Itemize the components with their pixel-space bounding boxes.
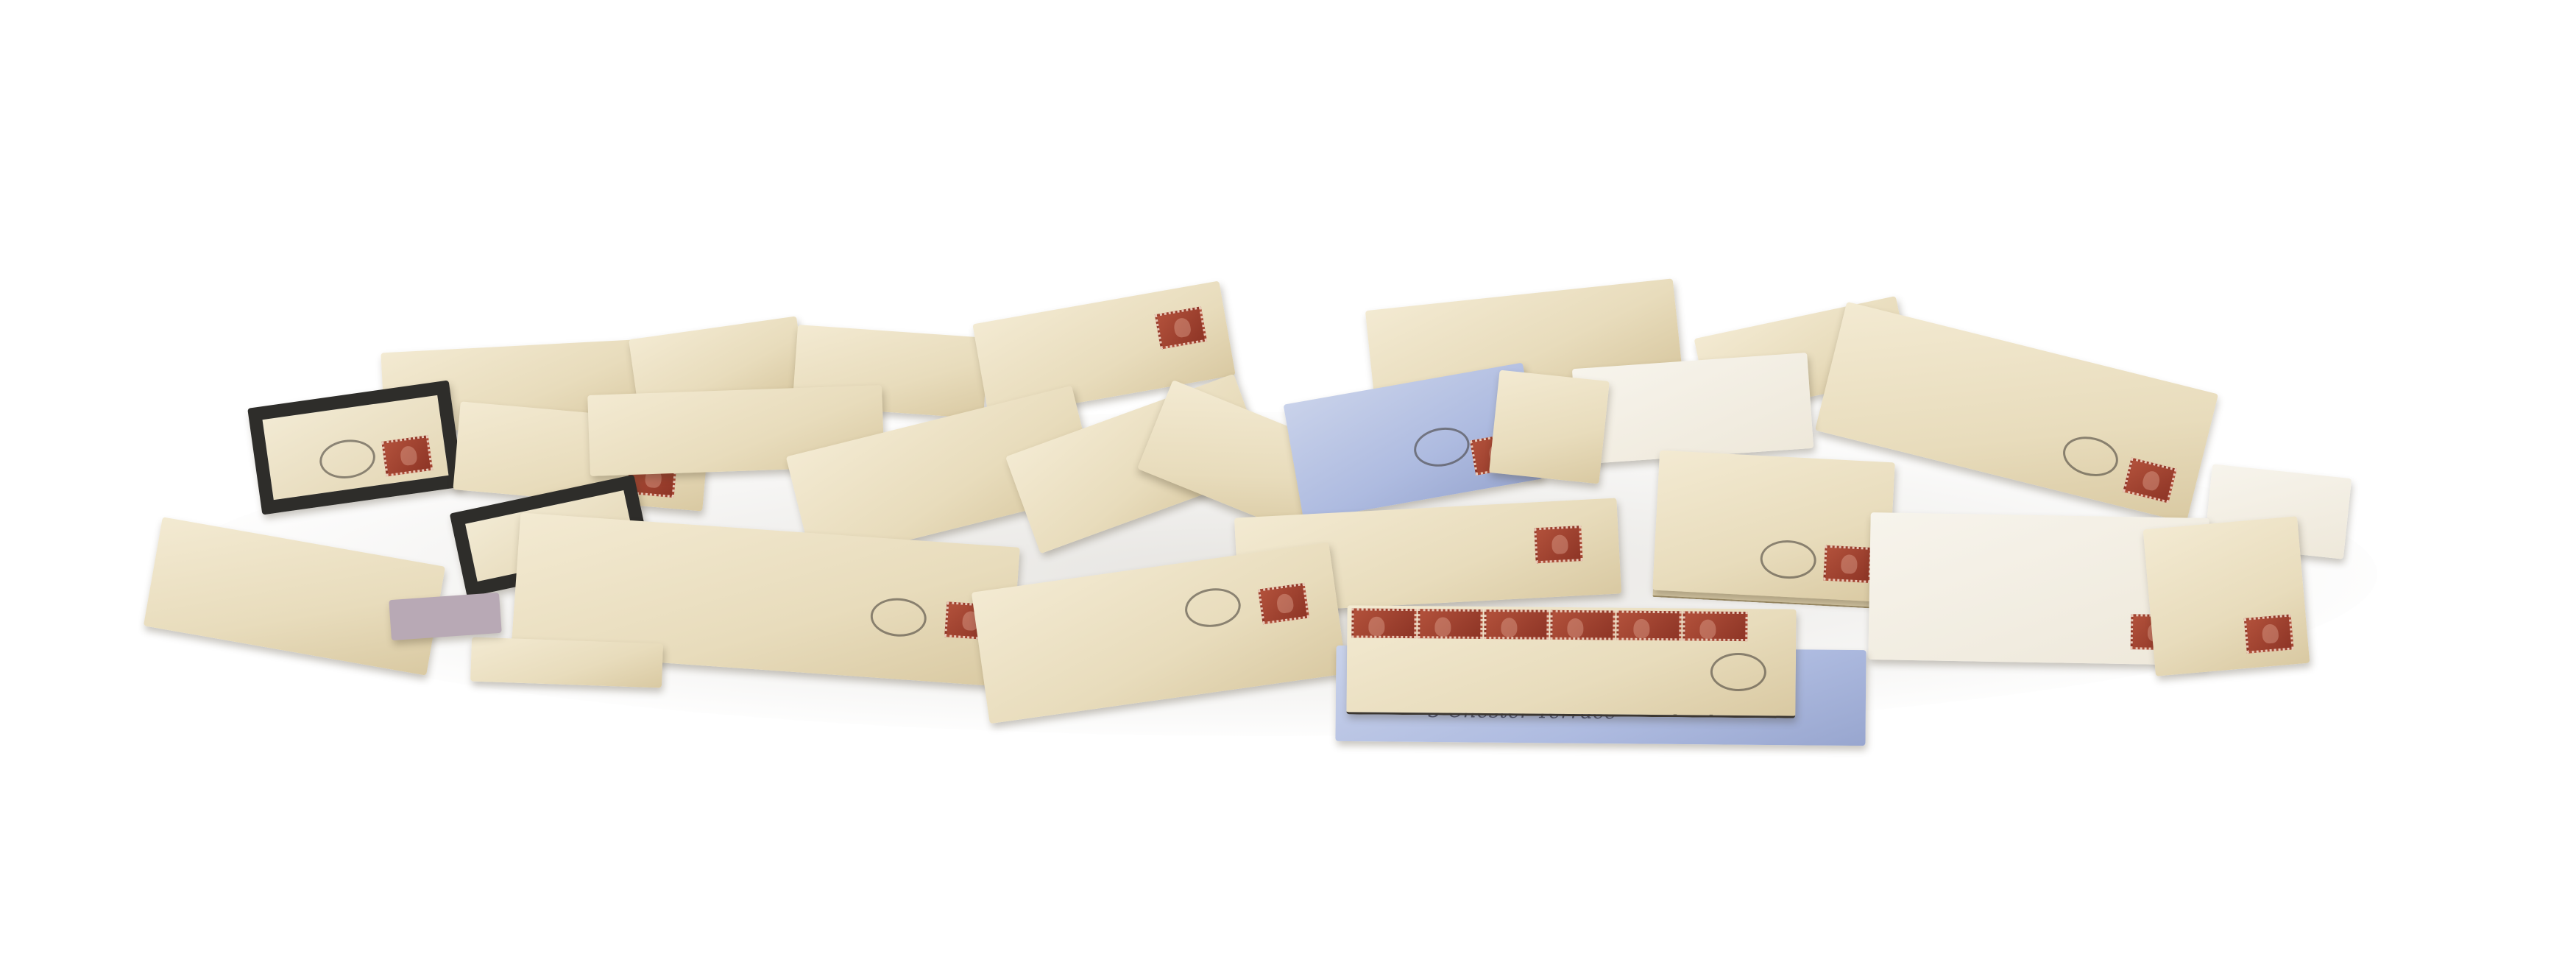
- postmark: [869, 596, 927, 638]
- stamp: [1823, 545, 1872, 583]
- envelope: [1572, 353, 1814, 464]
- stamp: [381, 435, 433, 476]
- postmark-barnet: [317, 437, 378, 482]
- stamp: [2123, 458, 2177, 503]
- stamp: [2244, 614, 2294, 653]
- handwritten-address: [578, 542, 918, 565]
- stamp: [1258, 583, 1309, 624]
- envelope: [1652, 450, 1895, 602]
- envelope: [2143, 516, 2310, 676]
- stamp-strip-envelope: New Zealand: [1346, 605, 1796, 718]
- envelope: [1489, 370, 1610, 484]
- envelope: [470, 637, 663, 688]
- stamp: [1351, 608, 1416, 638]
- postmark: [1710, 653, 1766, 692]
- stamp: [1484, 609, 1549, 640]
- photo-scene: Pile of Victorian-era postal covers (env…: [0, 0, 2576, 979]
- stamp: [1534, 526, 1582, 563]
- stamp: [1155, 306, 1207, 349]
- envelope: [389, 593, 501, 640]
- stamp: [1616, 611, 1681, 641]
- postmark: [2059, 431, 2122, 482]
- postmark: [1411, 423, 1473, 470]
- stamp: [1682, 611, 1747, 641]
- handwritten-address: New Zealand: [1548, 674, 1706, 718]
- postmark: [1759, 539, 1817, 580]
- stamp: [1418, 609, 1482, 639]
- postmark: [1183, 584, 1243, 630]
- stamp: [1550, 610, 1615, 640]
